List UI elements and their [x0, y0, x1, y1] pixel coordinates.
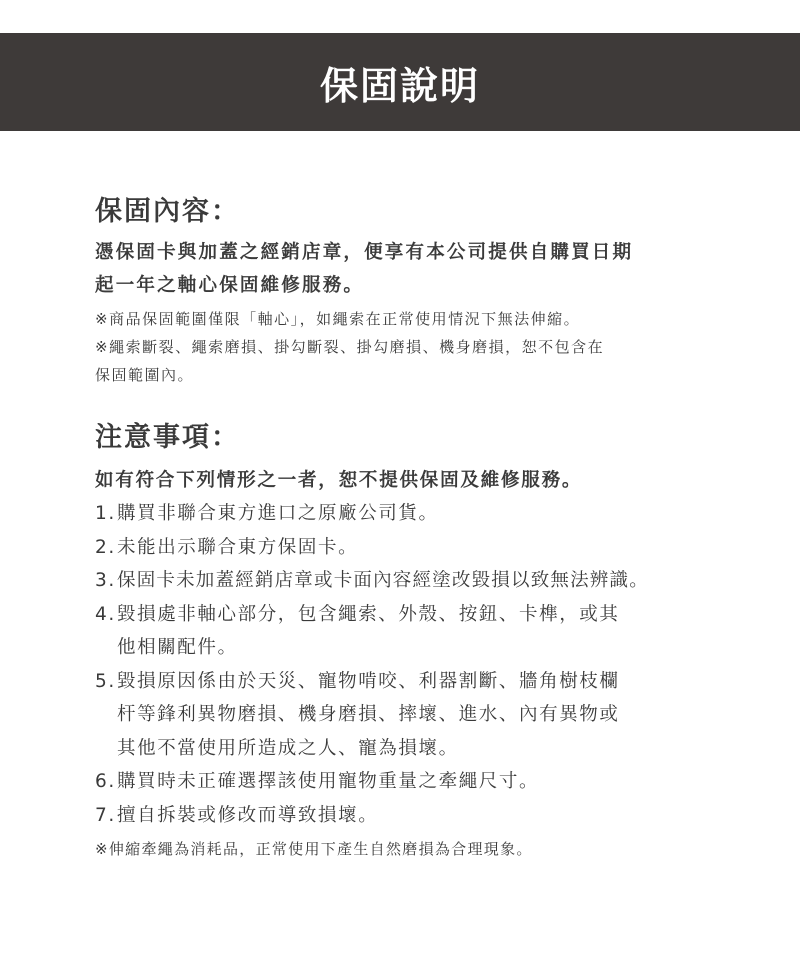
list-item-text: 購買非聯合東方進口之原廠公司貨。 — [117, 497, 735, 531]
list-item: 3. 保固卡未加蓋經銷店章或卡面內容經塗改毀損以致無法辨識。 — [95, 564, 735, 598]
warranty-intro-line-2: 起一年之軸心保固維修服務。 — [95, 269, 735, 302]
precautions-title: 注意事項： — [95, 418, 735, 458]
list-item-text: 購買時未正確選擇該使用寵物重量之牽繩尺寸。 — [117, 765, 735, 799]
precautions-section: 注意事項： 如有符合下列情形之一者，恕不提供保固及維修服務。 1. 購買非聯合東… — [95, 418, 735, 877]
list-item: 2. 未能出示聯合東方保固卡。 — [95, 531, 735, 565]
list-item-line: 其他不當使用所造成之人、寵為損壞。 — [117, 732, 735, 766]
list-item-line: 毀損處非軸心部分，包含繩索、外殼、按鈕、卡榫，或其 — [117, 598, 735, 632]
list-item-number: 7. — [95, 799, 117, 833]
precautions-footnote: ※伸縮牽繩為消耗品，正常使用下產生自然磨損為合理現象。 — [95, 836, 735, 862]
list-item-line: 杆等鋒利異物磨損、機身磨損、摔壞、進水、內有異物或 — [117, 698, 735, 732]
header-banner: 保固說明 — [0, 33, 800, 131]
precautions-list: 1. 購買非聯合東方進口之原廠公司貨。 2. 未能出示聯合東方保固卡。 3. 保… — [95, 497, 735, 832]
warranty-intro-line-1: 憑保固卡與加蓋之經銷店章，便享有本公司提供自購買日期 — [95, 236, 735, 269]
list-item-line: 擅自拆裝或修改而導致損壞。 — [117, 799, 735, 833]
list-item-number: 2. — [95, 531, 117, 565]
list-item-text: 擅自拆裝或修改而導致損壞。 — [117, 799, 735, 833]
list-item-number: 6. — [95, 765, 117, 799]
list-item: 7. 擅自拆裝或修改而導致損壞。 — [95, 799, 735, 833]
list-item-line: 購買時未正確選擇該使用寵物重量之牽繩尺寸。 — [117, 765, 735, 799]
page-title: 保固說明 — [320, 55, 480, 110]
list-item: 1. 購買非聯合東方進口之原廠公司貨。 — [95, 497, 735, 531]
warranty-content-section: 保固內容： 憑保固卡與加蓋之經銷店章，便享有本公司提供自購買日期 起一年之軸心保… — [95, 192, 735, 389]
precautions-intro: 如有符合下列情形之一者，恕不提供保固及維修服務。 — [95, 464, 735, 497]
list-item-number: 3. — [95, 564, 117, 598]
list-item-text: 毀損原因係由於天災、寵物啃咬、利器割斷、牆角樹枝欄 杆等鋒利異物磨損、機身磨損、… — [117, 665, 735, 766]
warranty-note-3: 保固範圍內。 — [95, 361, 735, 389]
list-item-line: 毀損原因係由於天災、寵物啃咬、利器割斷、牆角樹枝欄 — [117, 665, 735, 699]
warranty-content-title: 保固內容： — [95, 192, 735, 232]
list-item-number: 1. — [95, 497, 117, 531]
warranty-note-2: ※繩索斷裂、繩索磨損、掛勾斷裂、掛勾磨損、機身磨損，恕不包含在 — [95, 333, 735, 361]
list-item-text: 保固卡未加蓋經銷店章或卡面內容經塗改毀損以致無法辨識。 — [117, 564, 735, 598]
list-item-number: 4. — [95, 598, 117, 665]
list-item-line: 保固卡未加蓋經銷店章或卡面內容經塗改毀損以致無法辨識。 — [117, 564, 735, 598]
list-item-line: 他相關配件。 — [117, 631, 735, 665]
list-item-text: 未能出示聯合東方保固卡。 — [117, 531, 735, 565]
list-item-line: 購買非聯合東方進口之原廠公司貨。 — [117, 497, 735, 531]
list-item-number: 5. — [95, 665, 117, 766]
warranty-note-1: ※商品保固範圍僅限「軸心」，如繩索在正常使用情況下無法伸縮。 — [95, 305, 735, 333]
list-item-line: 未能出示聯合東方保固卡。 — [117, 531, 735, 565]
list-item-text: 毀損處非軸心部分，包含繩索、外殼、按鈕、卡榫，或其 他相關配件。 — [117, 598, 735, 665]
list-item: 4. 毀損處非軸心部分，包含繩索、外殼、按鈕、卡榫，或其 他相關配件。 — [95, 598, 735, 665]
list-item: 6. 購買時未正確選擇該使用寵物重量之牽繩尺寸。 — [95, 765, 735, 799]
list-item: 5. 毀損原因係由於天災、寵物啃咬、利器割斷、牆角樹枝欄 杆等鋒利異物磨損、機身… — [95, 665, 735, 766]
